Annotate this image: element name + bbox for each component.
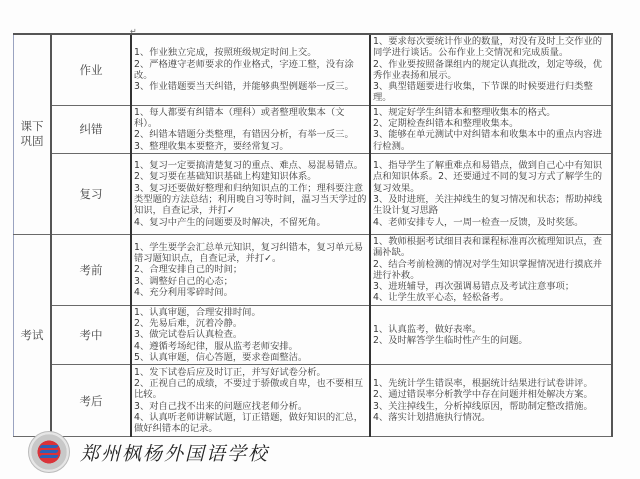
subcategory-cell: 复习	[51, 153, 131, 234]
list-item: 3、关注掉线生，分析掉线原因，帮助制定整改措施。	[373, 401, 609, 412]
list-item: 4、复习中产生的问题要及时解决，不留死角。	[134, 217, 367, 228]
list-item: 2、严格遵守老师要求的作业格式，字迹工整，没有涂改。	[134, 59, 367, 82]
list-item: 3、整理收集本要整齐，要经常复习。	[134, 141, 367, 152]
student-requirements-cell: 1、每人都要有纠错本（理科）或者整理收集本（文科）。 2、纠错本错题分类整理，有…	[131, 105, 370, 153]
student-requirements-cell: 1、学生要学会汇总单元知识，复习纠错本，复习单元易错习题知识点，自查记录，并打✓…	[131, 234, 370, 305]
list-item: 2、先易后难，沉着冷静。	[134, 318, 367, 329]
list-item: 3、复习还要做好整理和归纳知识点的工作；理科要注意类型题的方法总结；利用晚自习等…	[134, 183, 367, 217]
document-page: ↵ 课下 巩固 作业 1、作业独立完成，按照班级规定时间上交。 2、严格遵守老师…	[0, 0, 640, 479]
table-row: 考中 1、认真审题，合理安排时间。 2、先易后难，沉着冷静。 3、做完试卷后认真…	[14, 305, 613, 364]
list-item: 4、遵循考场纪律，服从监考老师安排。	[134, 341, 367, 352]
list-item: 2、作业要按照备课组内的规定认真批改，划定等级，优秀作业表扬和展示。	[373, 59, 609, 82]
category-label-line: 巩固	[14, 134, 50, 149]
list-item: 4、让学生放平心态，轻松备考。	[373, 292, 609, 303]
list-item: 2、合理安排自己的时间；	[134, 264, 367, 275]
teacher-requirements-cell: 1、指导学生了解重难点和易错点，做到自己心中有知识点和知识体系。2、还要通过不同…	[370, 153, 612, 234]
student-requirements-cell: 1、发下试卷后应及时订正，并写好试卷分析。 2、正视自己的成绩，不要过于骄傲或自…	[131, 365, 370, 437]
list-item: 3、能够在单元测试中对纠错本和收集本中的重点内容进行检测。	[373, 129, 609, 152]
subcategory-cell: 纠错	[51, 105, 131, 153]
list-item: 3、作业错题要当天纠错，并能够典型例题举一反三。	[134, 81, 367, 92]
list-item: 3、进班辅导，再次强调易错点及考试注意事项；	[373, 281, 609, 292]
list-item: 2、结合考前检测的情况对学生知识掌握情况进行摸底并进行补救。	[373, 259, 609, 282]
student-requirements-cell: 1、认真审题，合理安排时间。 2、先易后难，沉着冷静。 3、做完试卷后认真检查。…	[131, 305, 370, 364]
list-item: 3、对自己找不出来的问题应找老师分析。	[134, 401, 367, 412]
list-item: 2、纠错本错题分类整理，有错因分析，有举一反三。	[134, 129, 367, 140]
list-item: 1、认真监考，做好表率。	[373, 324, 609, 335]
list-item: 2、通过错误率分析教学中存在问题并相处解决方案。	[373, 389, 609, 400]
table-row: 纠错 1、每人都要有纠错本（理科）或者整理收集本（文科）。 2、纠错本错题分类整…	[14, 105, 613, 153]
list-item: 1、作业独立完成，按照班级规定时间上交。	[134, 47, 367, 58]
school-name: 郑州枫杨外国语学校	[80, 439, 269, 466]
list-item: 3、调整好自己的心态；	[134, 276, 367, 287]
school-emblem-icon	[28, 431, 70, 473]
study-plan-table: 课下 巩固 作业 1、作业独立完成，按照班级规定时间上交。 2、严格遵守老师要求…	[13, 33, 613, 437]
list-item: 2、复习要在基础知识基础上构建知识体系。	[134, 171, 367, 182]
list-item: 1、发下试卷后应及时订正，并写好试卷分析。	[134, 367, 367, 378]
subcategory-cell: 考前	[51, 234, 131, 305]
list-item: 3、做完试卷后认真检查。	[134, 329, 367, 340]
teacher-requirements-cell: 1、认真监考，做好表率。 2、及时解答学生临时性产生的问题。	[370, 305, 612, 364]
table-row: 课下 巩固 作业 1、作业独立完成，按照班级规定时间上交。 2、严格遵守老师要求…	[14, 34, 613, 105]
table-row: 考试 考前 1、学生要学会汇总单元知识，复习纠错本，复习单元易错习题知识点，自查…	[14, 234, 613, 305]
list-item: 1、每人都要有纠错本（理科）或者整理收集本（文科）。	[134, 107, 367, 130]
subcategory-cell: 考后	[51, 365, 131, 437]
category-label-line: 考试	[14, 328, 50, 343]
list-item: 1、要求每次要统计作业的数量，对没有及时上交作业的同学进行谈话。公布作业上交情况…	[373, 36, 609, 59]
list-item: 4、充分利用零碎时间。	[134, 287, 367, 298]
list-item: 5、认真审题，信心答题，要求卷面整洁。	[134, 352, 367, 363]
list-item: 1、学生要学会汇总单元知识，复习纠错本，复习单元易错习题知识点，自查记录，并打✓…	[134, 242, 367, 265]
teacher-requirements-cell: 1、先统计学生错误率，根据统计结果进行试卷讲评。 2、通过错误率分析教学中存在问…	[370, 365, 612, 437]
list-item: 2、正视自己的成绩，不要过于骄傲或自卑，也不要相互比较。	[134, 378, 367, 401]
list-item: 1、教师根据考试细目表和课程标准再次梳理知识点，查漏补缺。	[373, 236, 609, 259]
list-item: 1、复习一定要搞清楚复习的重点、难点、易混易错点。	[134, 160, 367, 171]
category-cell: 课下 巩固	[14, 34, 52, 234]
list-item: 2、及时解答学生临时性产生的问题。	[373, 335, 609, 346]
student-requirements-cell: 1、作业独立完成，按照班级规定时间上交。 2、严格遵守老师要求的作业格式，字迹工…	[131, 34, 370, 105]
teacher-requirements-cell: 1、规定好学生纠错本和整理收集本的格式。 2、定期检查纠错本和整理收集本。 3、…	[370, 105, 612, 153]
list-item: 3、典型错题要进行收集，下节课的时候要进行归类整理。	[373, 81, 609, 104]
subcategory-cell: 作业	[51, 34, 131, 105]
list-item: 1、先统计学生错误率，根据统计结果进行试卷讲评。	[373, 378, 609, 389]
teacher-requirements-cell: 1、教师根据考试细目表和课程标准再次梳理知识点，查漏补缺。 2、结合考前检测的情…	[370, 234, 612, 305]
list-item: 3、及时进班，关注掉线生的复习情况和状态；帮助掉线生设计复习思路	[373, 194, 609, 217]
category-label-line: 课下	[14, 119, 50, 134]
category-cell: 考试	[14, 234, 52, 436]
table-row: 复习 1、复习一定要搞清楚复习的重点、难点、易混易错点。 2、复习要在基础知识基…	[14, 153, 613, 234]
student-requirements-cell: 1、复习一定要搞清楚复习的重点、难点、易混易错点。 2、复习要在基础知识基础上构…	[131, 153, 370, 234]
subcategory-cell: 考中	[51, 305, 131, 364]
list-item: 1、指导学生了解重难点和易错点，做到自己心中有知识点和知识体系。2、还要通过不同…	[373, 160, 609, 194]
list-item: 1、规定好学生纠错本和整理收集本的格式。	[373, 107, 609, 118]
table-row: 考后 1、发下试卷后应及时订正，并写好试卷分析。 2、正视自己的成绩，不要过于骄…	[14, 365, 613, 437]
teacher-requirements-cell: 1、要求每次要统计作业的数量，对没有及时上交作业的同学进行谈话。公布作业上交情况…	[370, 34, 612, 105]
list-item: 4、老师安排专人，一周一检查一反馈，及时奖惩。	[373, 217, 609, 228]
school-footer: 郑州枫杨外国语学校	[28, 428, 269, 476]
list-item: 4、落实计划措施执行情况。	[373, 412, 609, 423]
list-item: 2、定期检查纠错本和整理收集本。	[373, 118, 609, 129]
list-item: 1、认真审题，合理安排时间。	[134, 307, 367, 318]
